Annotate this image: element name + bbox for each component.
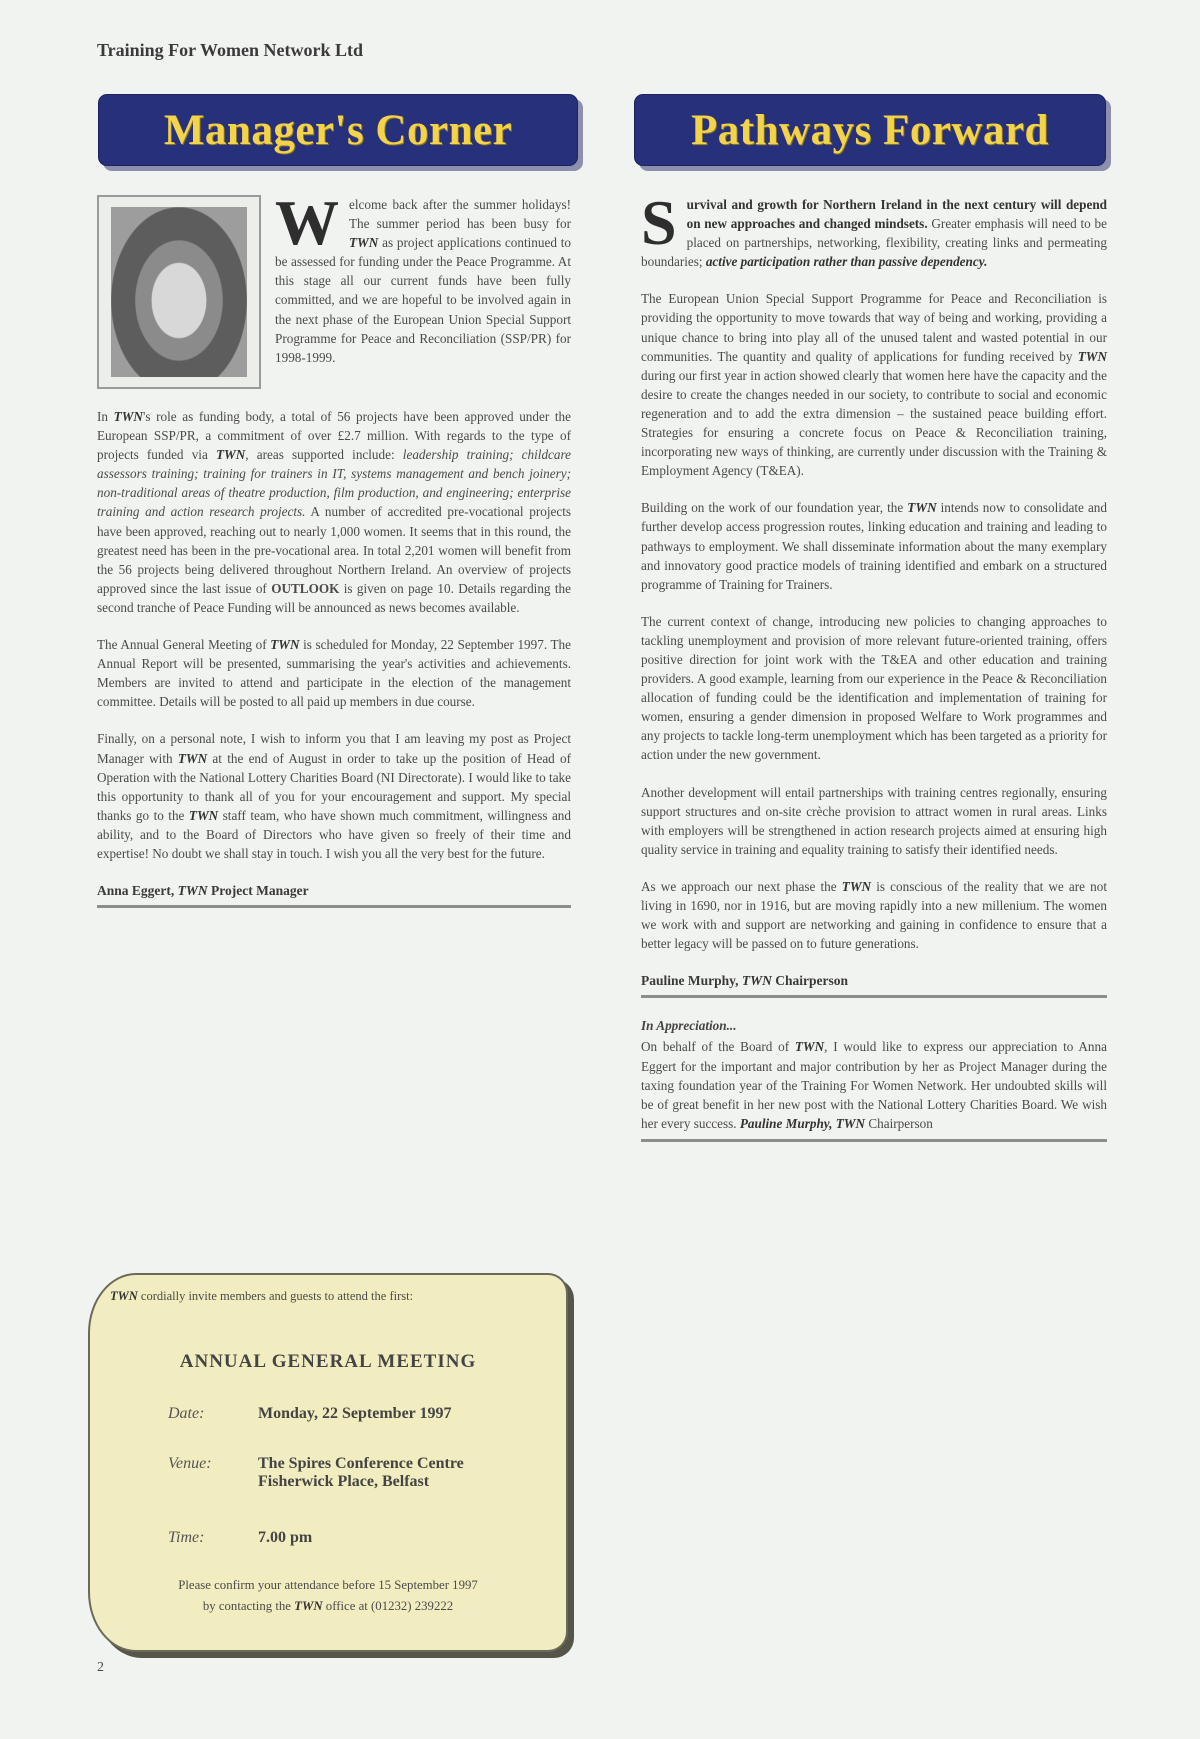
managers-corner-title: Manager's Corner (164, 106, 512, 155)
twn-mark: TWN (114, 409, 143, 424)
appreciation-title: In Appreciation... (641, 1016, 1107, 1035)
pathways-forward-article: Survival and growth for Northern Ireland… (641, 195, 1107, 1142)
twn-mark: TWN (907, 500, 936, 515)
agm-date-row: Date:Monday, 22 September 1997 (168, 1405, 451, 1423)
twn-mark: TWN (270, 637, 299, 652)
agm-venue-row: Venue:The Spires Conference CentreFisher… (168, 1455, 464, 1491)
managers-corner-article: Welcome back after the summer holidays! … (97, 195, 571, 926)
agm-invitation-box: TWN cordially invite members and guests … (88, 1273, 568, 1652)
funding-paragraph: In TWN's role as funding body, a total o… (97, 407, 571, 617)
agm-time-row: Time:7.00 pm (168, 1529, 312, 1547)
portrait-photo (111, 207, 247, 377)
context-of-change-paragraph: The current context of change, introduci… (641, 612, 1107, 765)
farewell-paragraph: Finally, on a personal note, I wish to i… (97, 729, 571, 863)
twn-mark: TWN (842, 879, 871, 894)
appreciation-section: In Appreciation... On behalf of the Boar… (641, 1016, 1107, 1142)
managers-corner-banner: Manager's Corner (98, 94, 578, 166)
agm-paragraph: The Annual General Meeting of TWN is sch… (97, 635, 571, 711)
agm-title: ANNUAL GENERAL MEETING (90, 1351, 566, 1373)
twn-mark: TWN (178, 751, 207, 766)
pathways-forward-title: Pathways Forward (691, 106, 1049, 155)
running-header: Training For Women Network Ltd (97, 40, 363, 61)
appreciation-text: On behalf of the Board of TWN, I would l… (641, 1037, 1107, 1132)
agm-intro: TWN cordially invite members and guests … (110, 1289, 413, 1304)
twn-mark: TWN (216, 447, 245, 462)
pathways-intro-paragraph: Survival and growth for Northern Ireland… (641, 195, 1107, 271)
appreciation-signature: Pauline Murphy, (740, 1116, 836, 1131)
twn-mark: TWN (1078, 349, 1107, 364)
outlook-mark: OUTLOOK (271, 581, 339, 596)
page-number: 2 (97, 1660, 104, 1676)
foundation-year-paragraph: Building on the work of our foundation y… (641, 498, 1107, 593)
portrait-photo-frame (97, 195, 261, 389)
twn-mark: TWN (349, 235, 378, 250)
partnerships-paragraph: Another development will entail partners… (641, 783, 1107, 859)
agm-confirm-note: Please confirm your attendance before 15… (90, 1575, 566, 1617)
dropcap-s: S (641, 197, 677, 249)
dropcap-w: W (275, 197, 339, 249)
next-phase-paragraph: As we approach our next phase the TWN is… (641, 877, 1107, 953)
chairperson-signature: Pauline Murphy, TWN Chairperson (641, 971, 1107, 998)
pathways-forward-banner: Pathways Forward (634, 94, 1106, 166)
manager-signature: Anna Eggert, TWN Project Manager (97, 881, 571, 908)
twn-mark: TWN (189, 808, 218, 823)
eu-programme-paragraph: The European Union Special Support Progr… (641, 289, 1107, 480)
